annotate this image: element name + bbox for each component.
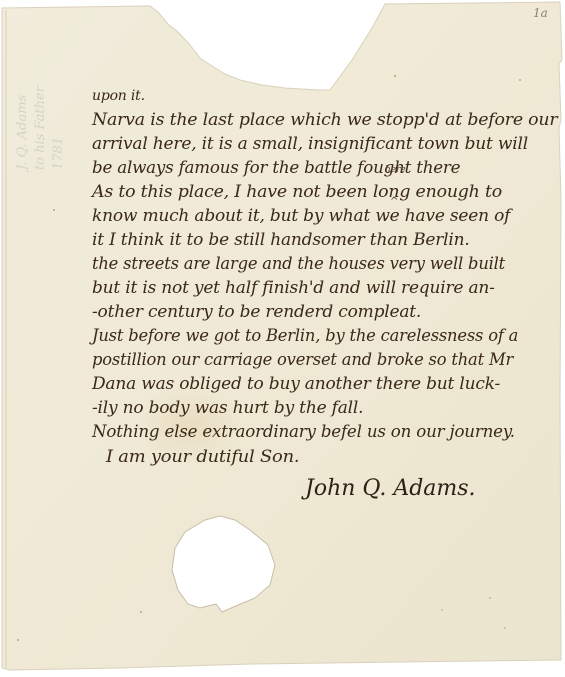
letter-line: know much about it, but by what we have … (92, 206, 510, 226)
letter-line: As to this place, I have not been long e… (92, 182, 502, 202)
document-viewer: J. Q. Adams to his Father 1781 1a upon i… (0, 0, 565, 677)
letter-line: upon it. (92, 88, 145, 104)
letter-line: but it is not yet half finish'd and will… (92, 278, 495, 298)
letter-line: Just before we got to Berlin, by the car… (92, 326, 518, 346)
letter-body: upon it. Narva is the last place which w… (0, 0, 565, 677)
letter-line: arrival here, it is a small, insignifica… (92, 134, 528, 154)
letter-line: it I think it to be still handsomer than… (92, 230, 470, 250)
letter-closing: I am your dutiful Son. (106, 447, 299, 467)
letter-line: Narva is the last place which we stopp'd… (92, 110, 557, 130)
interlinear-insertion: here (385, 165, 406, 175)
letter-line: -ily no body was hurt by the fall. (92, 398, 363, 418)
letter-line: the streets are large and the houses ver… (92, 254, 505, 274)
letter-line: -other century to be renderd compleat. (92, 302, 421, 322)
letter-line: Nothing else extraordinary befel us on o… (92, 422, 515, 442)
letter-line: postillion our carriage overset and brok… (92, 350, 513, 370)
signature: John Q. Adams. (305, 476, 476, 501)
letter-line: Dana was obliged to buy another there bu… (92, 374, 500, 394)
